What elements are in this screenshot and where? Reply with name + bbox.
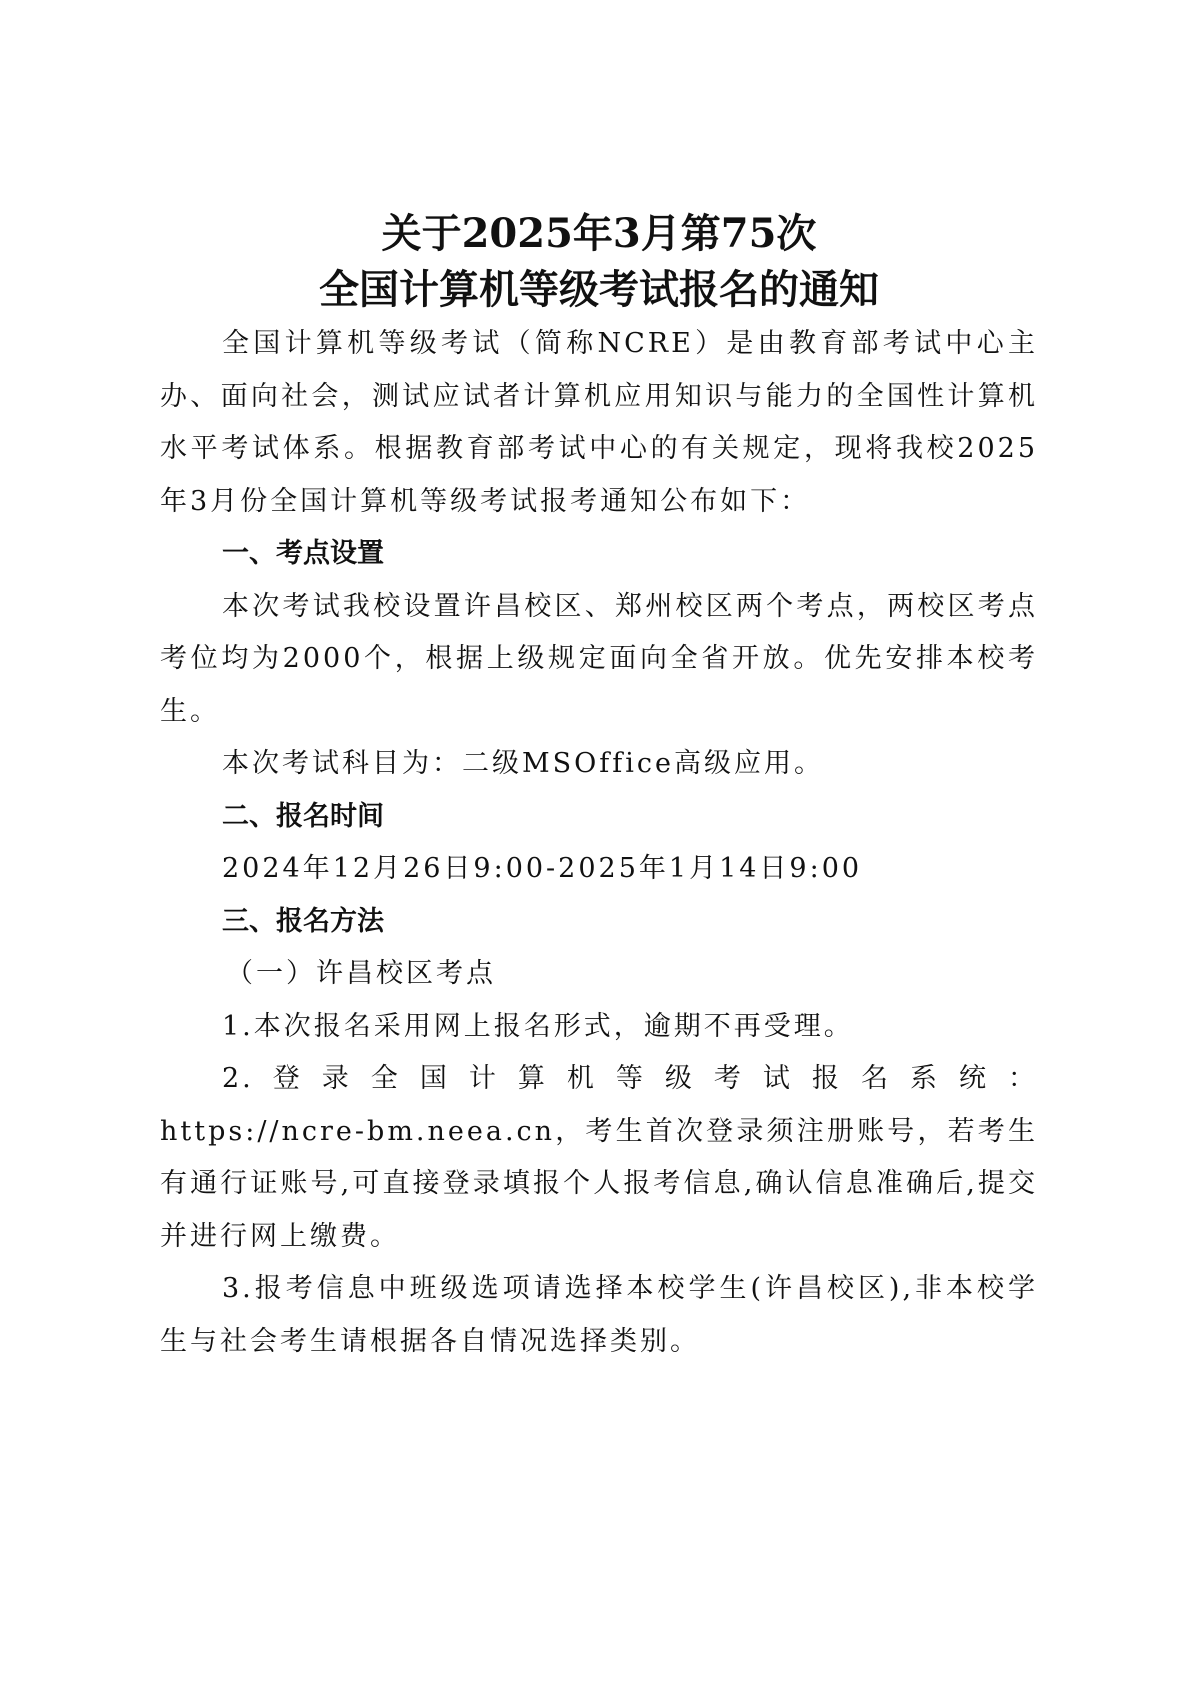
- exam-sites-paragraph: 本次考试我校设置许昌校区、郑州校区两个考点，两校区考点考位均为2000个，根据上…: [160, 581, 1038, 739]
- subheading-xuchang-campus: （一）许昌校区考点: [160, 948, 1038, 1001]
- section-heading-registration-time: 二、报名时间: [160, 791, 1038, 844]
- method-item-1: 1.本次报名采用网上报名形式，逾期不再受理。: [160, 1001, 1038, 1054]
- registration-time-text: 2024年12月26日9:00-2025年1月14日9:00: [160, 843, 1038, 896]
- document-title: 关于2025年3月第75次 全国计算机等级考试报名的通知: [160, 206, 1038, 318]
- notice-document: 关于2025年3月第75次 全国计算机等级考试报名的通知 全国计算机等级考试（简…: [160, 206, 1038, 1368]
- intro-paragraph: 全国计算机等级考试（简称NCRE）是由教育部考试中心主办、面向社会，测试应试者计…: [160, 318, 1038, 528]
- section-heading-exam-sites: 一、考点设置: [160, 528, 1038, 581]
- title-line-2: 全国计算机等级考试报名的通知: [160, 262, 1038, 318]
- exam-subject-paragraph: 本次考试科目为：二级MSOffice高级应用。: [160, 738, 1038, 791]
- method-item-2-url-paragraph: https://ncre-bm.neea.cn，考生首次登录须注册账号，若考生有…: [160, 1106, 1038, 1264]
- method-item-3: 3.报考信息中班级选项请选择本校学生(许昌校区),非本校学生与社会考生请根据各自…: [160, 1263, 1038, 1368]
- method-item-2: 2.登录全国计算机等级考试报名系统：: [160, 1053, 1038, 1106]
- section-heading-registration-method: 三、报名方法: [160, 896, 1038, 949]
- title-line-1: 关于2025年3月第75次: [160, 206, 1038, 262]
